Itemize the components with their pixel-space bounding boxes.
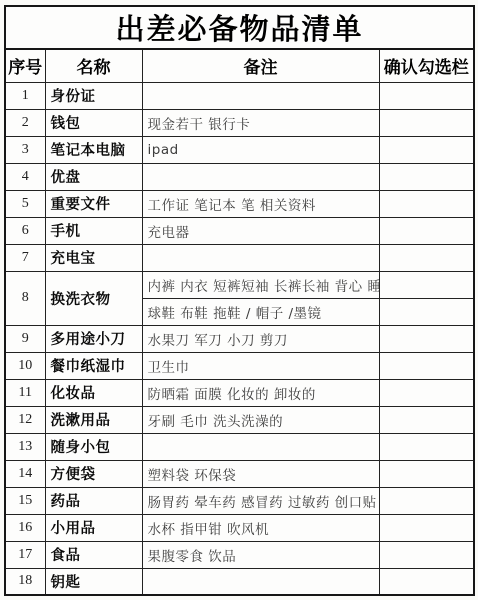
check-cell	[379, 109, 474, 136]
row-number: 3	[5, 136, 45, 163]
check-cell	[379, 379, 474, 406]
table-row: 13随身小包	[5, 433, 474, 460]
check-cell	[379, 244, 474, 271]
row-number: 10	[5, 352, 45, 379]
item-note	[142, 568, 379, 595]
check-cell	[379, 163, 474, 190]
row-number: 6	[5, 217, 45, 244]
row-number: 2	[5, 109, 45, 136]
check-cell	[379, 82, 474, 109]
item-note	[142, 82, 379, 109]
row-number: 13	[5, 433, 45, 460]
check-cell	[379, 433, 474, 460]
column-header-name: 名称	[45, 49, 142, 82]
checklist-table: 出差必备物品清单 序号 名称 备注 确认勾选栏 1身份证2钱包现金若干 银行卡3…	[4, 5, 475, 596]
table-row: 12洗漱用品牙刷 毛巾 洗头洗澡的	[5, 406, 474, 433]
check-cell	[379, 460, 474, 487]
check-cell	[379, 541, 474, 568]
table-row: 7充电宝	[5, 244, 474, 271]
table-row: 15药品肠胃药 晕车药 感冒药 过敏药 创口贴	[5, 487, 474, 514]
check-cell	[379, 568, 474, 595]
table-row: 3笔记本电脑ipad	[5, 136, 474, 163]
item-name: 洗漱用品	[45, 406, 142, 433]
table-row: 14方便袋塑料袋 环保袋	[5, 460, 474, 487]
check-cell	[379, 514, 474, 541]
row-number: 18	[5, 568, 45, 595]
row-number: 16	[5, 514, 45, 541]
item-note: 牙刷 毛巾 洗头洗澡的	[142, 406, 379, 433]
checklist-sheet: 出差必备物品清单 序号 名称 备注 确认勾选栏 1身份证2钱包现金若干 银行卡3…	[4, 5, 473, 596]
table-row: 6手机充电器	[5, 217, 474, 244]
table-row: 9多用途小刀水果刀 军刀 小刀 剪刀	[5, 325, 474, 352]
table-row: 8换洗衣物内裤 内衣 短裤短袖 长裤长袖 背心 睡衣	[5, 271, 474, 298]
item-name: 方便袋	[45, 460, 142, 487]
row-number: 14	[5, 460, 45, 487]
item-note	[142, 244, 379, 271]
item-name: 随身小包	[45, 433, 142, 460]
item-note: 球鞋 布鞋 拖鞋 / 帽子 /墨镜	[142, 298, 379, 325]
table-row: 4优盘	[5, 163, 474, 190]
item-note: 水果刀 军刀 小刀 剪刀	[142, 325, 379, 352]
row-number: 17	[5, 541, 45, 568]
item-note: 塑料袋 环保袋	[142, 460, 379, 487]
check-cell	[379, 298, 474, 325]
item-name: 药品	[45, 487, 142, 514]
check-cell	[379, 325, 474, 352]
item-name: 化妆品	[45, 379, 142, 406]
item-name: 多用途小刀	[45, 325, 142, 352]
item-name: 重要文件	[45, 190, 142, 217]
column-header-notes: 备注	[142, 49, 379, 82]
table-row: 16小用品水杯 指甲钳 吹风机	[5, 514, 474, 541]
row-number: 15	[5, 487, 45, 514]
row-number: 4	[5, 163, 45, 190]
item-note: 卫生巾	[142, 352, 379, 379]
column-header-number: 序号	[5, 49, 45, 82]
table-row: 11化妆品防晒霜 面膜 化妆的 卸妆的	[5, 379, 474, 406]
check-cell	[379, 136, 474, 163]
item-name: 手机	[45, 217, 142, 244]
check-cell	[379, 271, 474, 298]
table-row: 5重要文件工作证 笔记本 笔 相关资料	[5, 190, 474, 217]
table-row: 2钱包现金若干 银行卡	[5, 109, 474, 136]
table-row: 10餐巾纸湿巾卫生巾	[5, 352, 474, 379]
check-cell	[379, 406, 474, 433]
table-row: 1身份证	[5, 82, 474, 109]
item-note: 充电器	[142, 217, 379, 244]
row-number: 11	[5, 379, 45, 406]
item-note: 工作证 笔记本 笔 相关资料	[142, 190, 379, 217]
row-number: 5	[5, 190, 45, 217]
row-number: 8	[5, 271, 45, 325]
page-title: 出差必备物品清单	[5, 6, 474, 49]
item-note: 内裤 内衣 短裤短袖 长裤长袖 背心 睡衣	[142, 271, 379, 298]
check-cell	[379, 217, 474, 244]
item-name: 换洗衣物	[45, 271, 142, 325]
row-number: 9	[5, 325, 45, 352]
title-row: 出差必备物品清单	[5, 6, 474, 49]
item-name: 食品	[45, 541, 142, 568]
check-cell	[379, 487, 474, 514]
item-name: 小用品	[45, 514, 142, 541]
item-name: 钥匙	[45, 568, 142, 595]
item-note	[142, 163, 379, 190]
item-note: ipad	[142, 136, 379, 163]
row-number: 7	[5, 244, 45, 271]
item-name: 优盘	[45, 163, 142, 190]
table-row: 18钥匙	[5, 568, 474, 595]
header-row: 序号 名称 备注 确认勾选栏	[5, 49, 474, 82]
item-note: 肠胃药 晕车药 感冒药 过敏药 创口贴	[142, 487, 379, 514]
item-name: 餐巾纸湿巾	[45, 352, 142, 379]
item-name: 充电宝	[45, 244, 142, 271]
item-note: 防晒霜 面膜 化妆的 卸妆的	[142, 379, 379, 406]
column-header-check: 确认勾选栏	[379, 49, 474, 82]
table-row: 17食品果腹零食 饮品	[5, 541, 474, 568]
check-cell	[379, 352, 474, 379]
row-number: 12	[5, 406, 45, 433]
item-name: 钱包	[45, 109, 142, 136]
item-name: 身份证	[45, 82, 142, 109]
item-note: 果腹零食 饮品	[142, 541, 379, 568]
item-note: 水杯 指甲钳 吹风机	[142, 514, 379, 541]
item-name: 笔记本电脑	[45, 136, 142, 163]
check-cell	[379, 190, 474, 217]
item-note: 现金若干 银行卡	[142, 109, 379, 136]
row-number: 1	[5, 82, 45, 109]
item-note	[142, 433, 379, 460]
